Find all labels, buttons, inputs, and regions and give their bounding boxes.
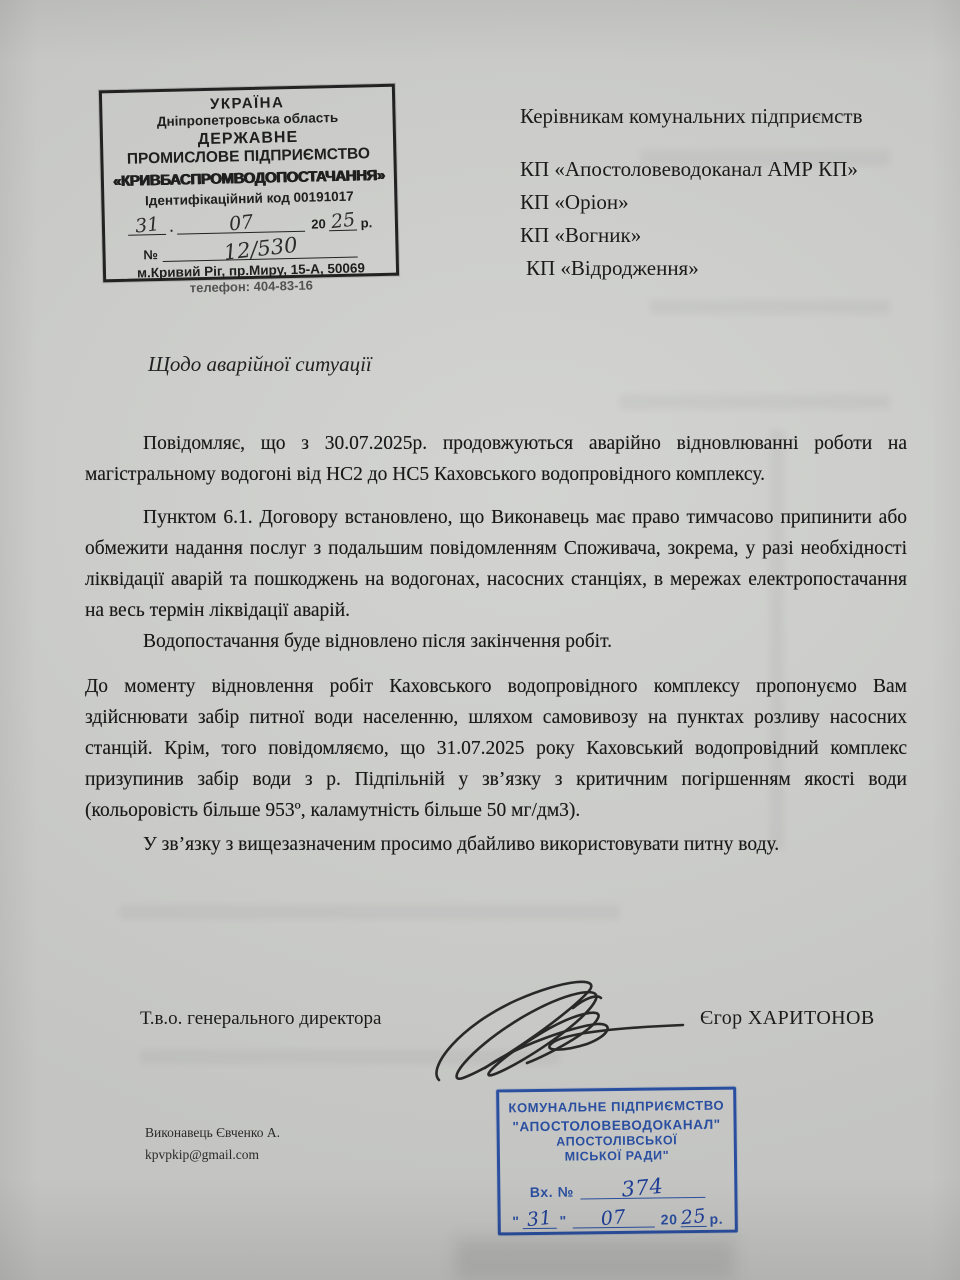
body-paragraph: У зв’язку з вищезазначеним просимо дбайл… xyxy=(85,829,907,860)
executor-email: kpvpkip@gmail.com xyxy=(145,1144,280,1166)
stamp-date-sep: . xyxy=(169,220,173,235)
stamp-number-line: 12/530 xyxy=(162,233,358,262)
handwritten-blue-year: 25 xyxy=(680,1205,707,1229)
sender-stamp: УКРАЇНА Дніпропетровська область ДЕРЖАВН… xyxy=(99,84,399,283)
recipient-item: КП «Апостоловеводоканал АМР КП» xyxy=(520,156,920,183)
recipient-item: КП «Вогник» xyxy=(520,222,920,249)
recipient-item: КП «Відродження» xyxy=(520,255,920,282)
scan-shadow xyxy=(455,1238,735,1280)
stamp-number-label: № xyxy=(143,247,158,262)
blue-date-month-line: 07 xyxy=(573,1205,655,1229)
executor-block: Виконавець Євченко А. kpvpkip@gmail.com xyxy=(145,1122,280,1166)
body-paragraph: Повідомляє, що з 30.07.2025р. продовжуют… xyxy=(85,428,907,490)
date-quote-open: " xyxy=(512,1213,519,1229)
handwritten-blue-month: 07 xyxy=(600,1206,627,1230)
handwritten-incoming-number: 374 xyxy=(621,1174,665,1202)
handwritten-blue-day: 31 xyxy=(526,1207,553,1231)
handwritten-number: 12/530 xyxy=(222,233,298,265)
blue-stamp-number-row: Вх. № 374 xyxy=(500,1173,734,1201)
stamp-date-year-line: 25 xyxy=(328,208,357,232)
handwritten-year: 25 xyxy=(330,209,356,234)
subject-line: Щодо аварійної ситуації xyxy=(148,352,372,377)
body-paragraph: Водопостачання буде відновлено після зак… xyxy=(85,626,907,657)
stamp-date-suffix: р. xyxy=(361,215,373,230)
incoming-number-line: 374 xyxy=(580,1173,705,1200)
bleed-through-artifact xyxy=(650,300,890,314)
blue-stamp-line2: "АПОСТОЛОВЕВОДОКАНАЛ" xyxy=(499,1116,733,1136)
handwritten-signature xyxy=(425,968,690,1086)
body-paragraph: Пунктом 6.1. Договору встановлено, що Ви… xyxy=(85,502,907,626)
blue-date-century: 20 xyxy=(661,1211,678,1227)
blue-stamp-line4: МІСЬКОЇ РАДИ" xyxy=(500,1148,734,1166)
handwritten-day: 31 xyxy=(134,213,160,238)
stamp-date-day-line: 31 xyxy=(127,212,166,236)
body-paragraph: До моменту відновлення робіт Каховського… xyxy=(85,671,907,826)
executor-name: Виконавець Євченко А. xyxy=(145,1122,280,1144)
stamp-number-row: № 12/530 xyxy=(105,232,395,264)
signer-title: Т.в.о. генерального директора xyxy=(140,1008,381,1030)
date-quote-close: " xyxy=(559,1213,566,1229)
stamp-date-century: 20 xyxy=(311,216,326,231)
handwritten-month: 07 xyxy=(228,211,254,236)
signer-name: Єгор ХАРИТОНОВ xyxy=(700,1007,875,1030)
blue-date-day-line: 31 xyxy=(522,1206,556,1229)
blue-date-suffix: р. xyxy=(709,1211,723,1227)
scanned-letter-page: УКРАЇНА Дніпропетровська область ДЕРЖАВН… xyxy=(0,0,960,1280)
blue-stamp-date-row: " 31 " 07 20 25 р. xyxy=(501,1204,735,1230)
recipient-item: КП «Оріон» xyxy=(520,189,920,216)
incoming-registration-stamp: КОМУНАЛЬНЕ ПІДПРИЄМСТВО "АПОСТОЛОВЕВОДОК… xyxy=(496,1087,738,1236)
blue-stamp-line1: КОМУНАЛЬНЕ ПІДПРИЄМСТВО xyxy=(499,1098,733,1117)
recipients-heading: Керівникам комунальних підприємств xyxy=(520,103,920,130)
blue-date-year-line: 25 xyxy=(680,1204,706,1227)
recipients-block: Керівникам комунальних підприємств КП «А… xyxy=(520,103,920,282)
incoming-number-label: Вх. № xyxy=(530,1184,574,1201)
stamp-date-month-line: 07 xyxy=(177,209,305,235)
bleed-through-artifact xyxy=(620,395,890,409)
bleed-through-artifact xyxy=(120,905,620,919)
